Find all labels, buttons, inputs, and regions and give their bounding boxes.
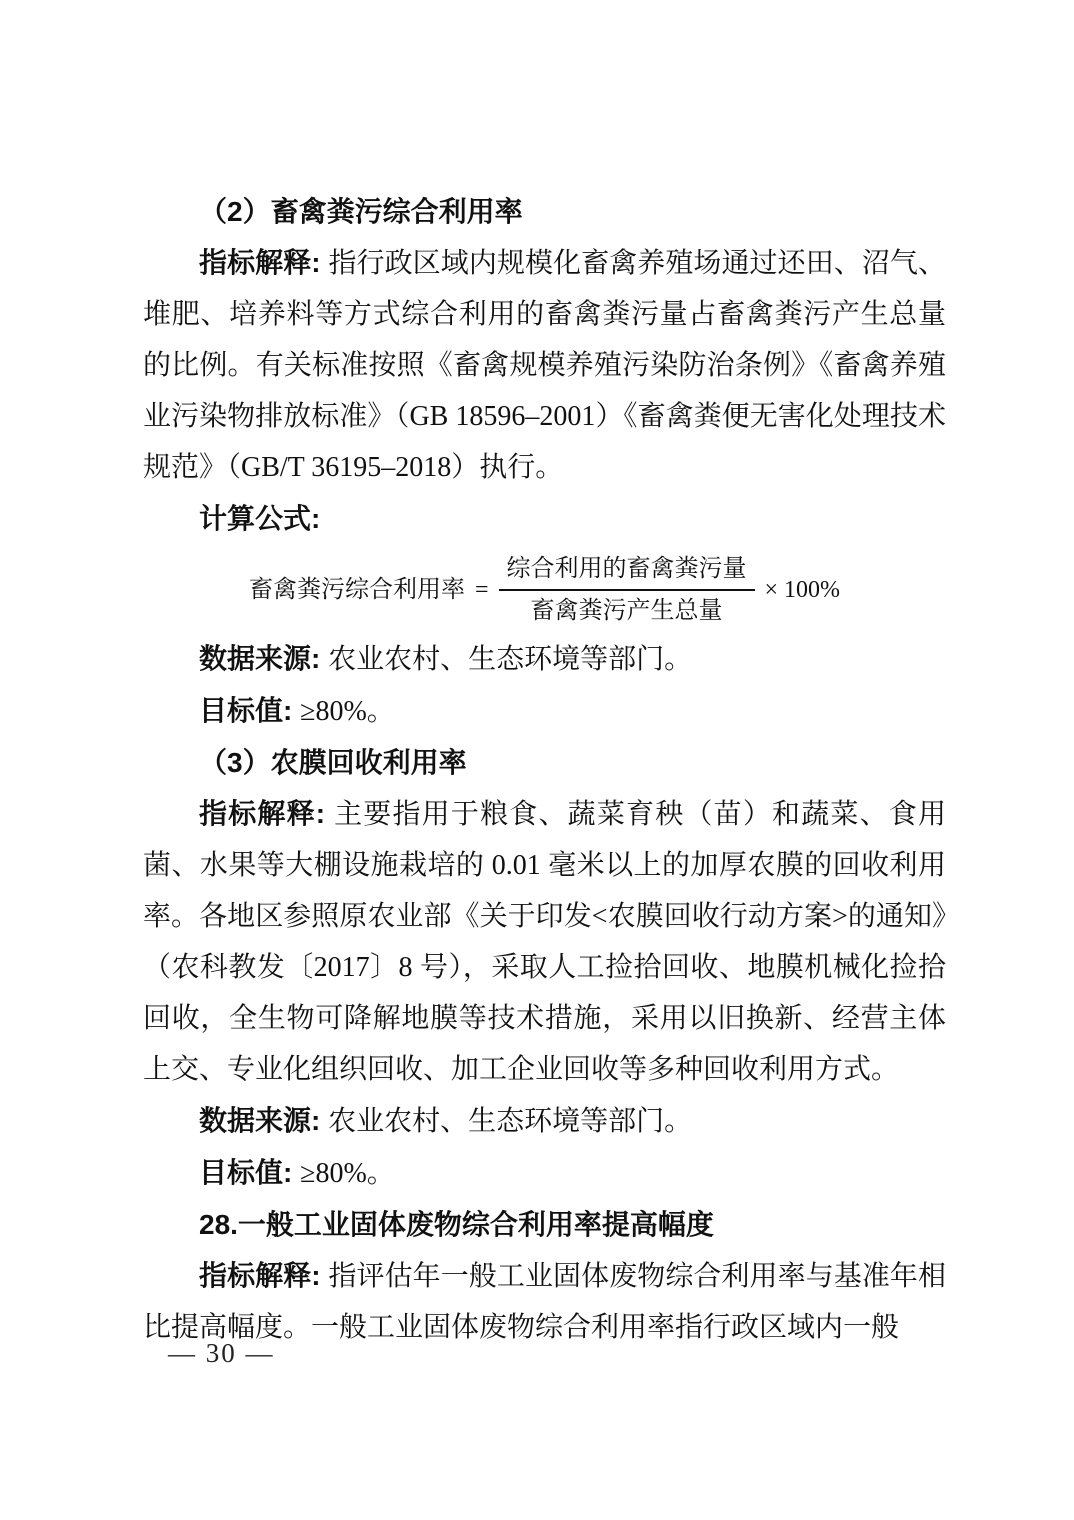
formula: 畜禽粪污综合利用率 = 综合利用的畜禽粪污量 畜禽粪污产生总量 × 100% (143, 553, 946, 627)
formula-label-line: 计算公式: (143, 493, 946, 545)
data-source-text: 农业农村、生态环境等部门。 (328, 1106, 692, 1137)
indicator-explain-label: 指标解释: (199, 798, 334, 829)
formula-denominator: 畜禽粪污产生总量 (499, 591, 755, 627)
data-source-text: 农业农村、生态环境等部门。 (328, 644, 692, 675)
paragraph-data-source-2: 数据来源: 农业农村、生态环境等部门。 (143, 633, 946, 685)
section-heading-livestock-manure: （2）畜禽粪污综合利用率 (143, 186, 946, 237)
formula-multiplier: × 100% (765, 574, 841, 606)
section-heading-industrial-solid-waste: 28.一般工业固体废物综合利用率提高幅度 (143, 1199, 946, 1250)
section-heading-farm-film: （3）农膜回收利用率 (143, 737, 946, 788)
formula-numerator: 综合利用的畜禽粪污量 (499, 553, 755, 591)
paragraph-target-value-3: 目标值: ≥80%。 (143, 1147, 946, 1199)
paragraph-target-value-2: 目标值: ≥80%。 (143, 685, 946, 737)
formula-lhs: 畜禽粪污综合利用率 (249, 574, 465, 606)
data-source-label: 数据来源: (199, 643, 328, 674)
target-value-text: ≥80%。 (300, 696, 395, 727)
page-number: — 30 — (168, 1338, 275, 1369)
target-value-text: ≥80%。 (300, 1158, 395, 1189)
formula-fraction: 综合利用的畜禽粪污量 畜禽粪污产生总量 (499, 553, 755, 627)
formula-label: 计算公式: (199, 503, 320, 534)
indicator-explain-label: 指标解释: (199, 1260, 328, 1291)
indicator-explain-text: 主要指用于粮食、蔬菜育秧（苗）和蔬菜、食用菌、水果等大棚设施栽培的 0.01 毫… (143, 799, 946, 1085)
paragraph-indicator-explanation-2: 指标解释: 指行政区域内规模化畜禽养殖场通过还田、沼气、堆肥、培养料等方式综合利… (143, 237, 946, 493)
document-page: （2）畜禽粪污综合利用率 指标解释: 指行政区域内规模化畜禽养殖场通过还田、沼气… (0, 0, 1074, 1520)
target-value-label: 目标值: (199, 1157, 300, 1188)
indicator-explain-text: 指行政区域内规模化畜禽养殖场通过还田、沼气、堆肥、培养料等方式综合利用的畜禽粪污… (143, 248, 946, 483)
indicator-explain-label: 指标解释: (199, 247, 328, 278)
paragraph-data-source-3: 数据来源: 农业农村、生态环境等部门。 (143, 1095, 946, 1147)
formula-equals-sign: = (475, 574, 489, 606)
target-value-label: 目标值: (199, 695, 300, 726)
paragraph-indicator-explanation-3: 指标解释: 主要指用于粮食、蔬菜育秧（苗）和蔬菜、食用菌、水果等大棚设施栽培的 … (143, 788, 946, 1095)
document-body: （2）畜禽粪污综合利用率 指标解释: 指行政区域内规模化畜禽养殖场通过还田、沼气… (143, 186, 946, 1353)
data-source-label: 数据来源: (199, 1105, 328, 1136)
